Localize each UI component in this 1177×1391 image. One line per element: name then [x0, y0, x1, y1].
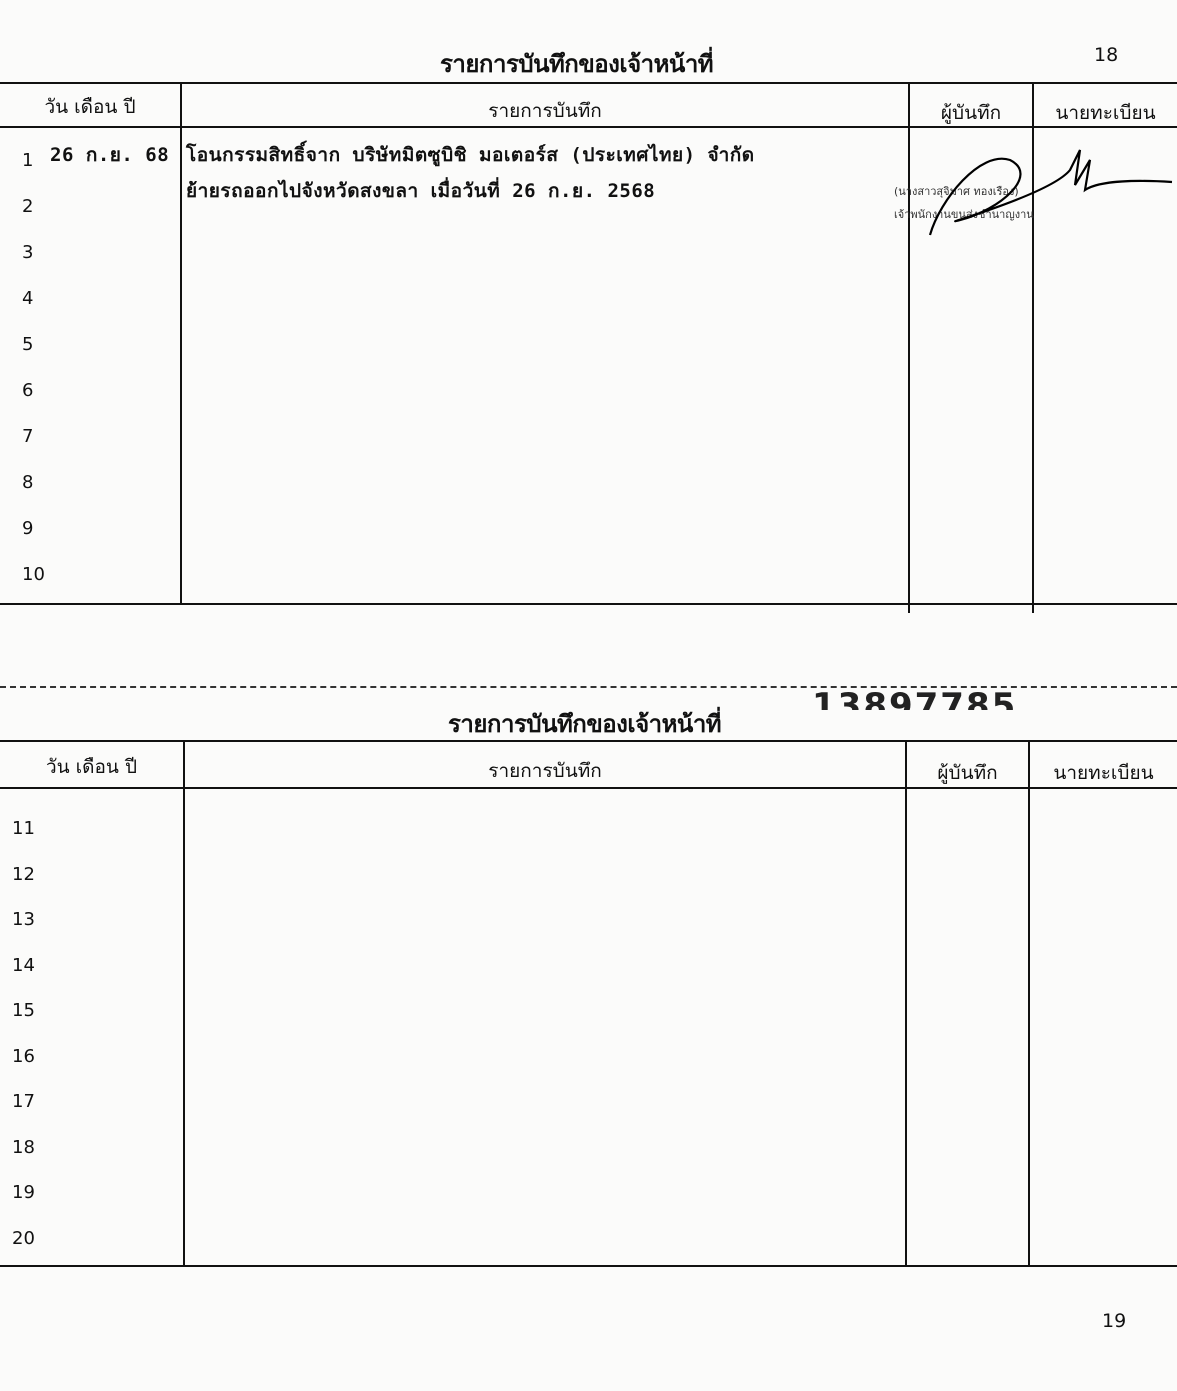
page2-col-divider-recorder	[905, 741, 907, 1266]
page2-title: รายการบันทึกของเจ้าหน้าที่	[448, 704, 721, 743]
row-number: 12	[12, 864, 35, 885]
row-number: 7	[22, 426, 33, 447]
page1-entry-line1: โอนกรรมสิทธิ์จาก บริษัทมิตซูบิชิ มอเตอร์…	[186, 140, 755, 170]
serial-number: 13897785	[812, 686, 1017, 710]
page1-entry-line2: ย้ายรถออกไปจังหวัดสงขลา เมื่อวันที่ 26 ก…	[186, 176, 655, 206]
recorder-signature	[900, 140, 1177, 240]
row-number: 1	[22, 150, 33, 171]
row-number: 14	[12, 955, 35, 976]
row-number: 18	[12, 1137, 35, 1158]
row-number: 4	[22, 288, 33, 309]
page1-header-date: วัน เดือน ปี	[0, 92, 180, 122]
row-number: 3	[22, 242, 33, 263]
page1-page-number: 18	[1094, 44, 1118, 66]
row-number: 19	[12, 1182, 35, 1203]
row-number: 13	[12, 909, 35, 930]
page1-title: รายการบันทึกของเจ้าหน้าที่	[440, 44, 713, 83]
row-number: 10	[22, 564, 45, 585]
row-number: 20	[12, 1228, 35, 1249]
page2-page-number: 19	[1102, 1310, 1126, 1332]
row-number: 11	[12, 818, 35, 839]
row-number: 17	[12, 1091, 35, 1112]
page1-col-divider-date	[180, 83, 182, 604]
row-number: 9	[22, 518, 33, 539]
row-number: 5	[22, 334, 33, 355]
page2-header-date: วัน เดือน ปี	[0, 752, 183, 782]
page1-table-bottom-border	[0, 603, 1177, 605]
page1-entry-date: 26 ก.ย. 68	[50, 140, 169, 170]
page1-header-recorder: ผู้บันทึก	[910, 98, 1032, 128]
row-number: 15	[12, 1000, 35, 1021]
page2-table-top-border	[0, 740, 1177, 742]
page1-header-entry: รายการบันทึก	[182, 96, 908, 126]
page2-header-registrar: นายทะเบียน	[1030, 758, 1177, 788]
row-number: 2	[22, 196, 33, 217]
page1-header-registrar: นายทะเบียน	[1034, 98, 1177, 128]
page2-header-entry: รายการบันทึก	[185, 756, 905, 786]
page2-table-bottom-border	[0, 1265, 1177, 1267]
page1-table-top-border	[0, 82, 1177, 84]
row-number: 16	[12, 1046, 35, 1067]
page2-col-divider-registrar	[1028, 741, 1030, 1266]
row-number: 8	[22, 472, 33, 493]
page2-col-divider-date	[183, 741, 185, 1266]
page2-header-recorder: ผู้บันทึก	[907, 758, 1028, 788]
row-number: 6	[22, 380, 33, 401]
